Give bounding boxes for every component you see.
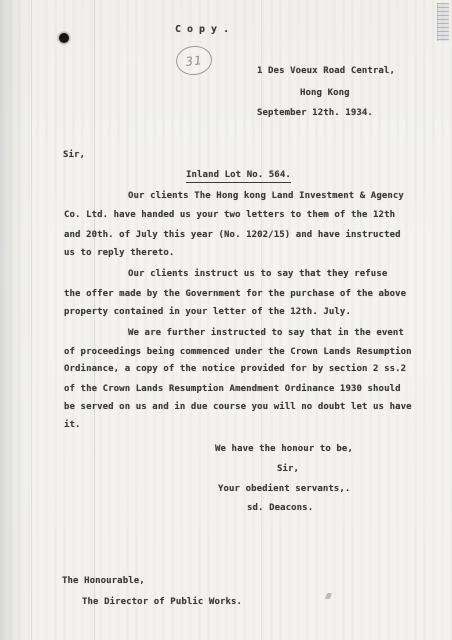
scan-streak xyxy=(94,0,95,640)
body-line: us to reply thereto. xyxy=(64,247,174,259)
body-line: of proceedings being commenced under the… xyxy=(64,346,412,358)
closing-line: Sir, xyxy=(277,463,299,475)
sender-address-line: 1 Des Voeux Road Central, xyxy=(257,65,395,77)
body-line: and 20th. of July this year (No. 1202/15… xyxy=(64,229,401,241)
body-line: Ordinance, a copy of the notice provided… xyxy=(64,363,406,375)
signature-line: sd. Deacons. xyxy=(247,502,313,514)
body-line: of the Crown Lands Resumption Amendment … xyxy=(64,383,401,395)
salutation: Sir, xyxy=(63,149,85,161)
scan-streak xyxy=(31,0,32,640)
body-line: Co. Ltd. have handed us your two letters… xyxy=(64,209,395,221)
scanned-letter-page: Copy. 31 1 Des Voeux Road Central, Hong … xyxy=(0,0,452,640)
sender-address-line: Hong Kong xyxy=(300,87,350,99)
annotation-number: 31 xyxy=(185,53,204,69)
body-line: the offer made by the Government for the… xyxy=(64,288,406,300)
closing-line: Your obedient servants,. xyxy=(218,483,350,495)
punch-hole-mark xyxy=(59,33,69,43)
body-line: it. xyxy=(64,419,81,431)
scan-streak xyxy=(261,0,262,640)
closing-line: We have the honour to be, xyxy=(215,443,353,455)
body-line: We are further instructed to say that in… xyxy=(128,327,404,339)
page-number-annotation: 31 xyxy=(175,44,214,77)
smudge-mark xyxy=(325,593,332,599)
date-line: September 12th. 1934. xyxy=(257,107,373,119)
body-line: Our clients instruct us to say that they… xyxy=(128,268,387,280)
recipient-line: The Honourable, xyxy=(62,575,145,587)
copy-label: Copy. xyxy=(175,24,235,36)
body-line: be served on us and in due course you wi… xyxy=(64,401,412,413)
recipient-line: The Director of Public Works. xyxy=(82,596,242,608)
body-line: Our clients The Hong kong Land Investmen… xyxy=(128,190,404,202)
body-line: property contained in your letter of the… xyxy=(64,306,351,318)
edge-stamp xyxy=(437,3,449,41)
subject-heading: Inland Lot No. 564. xyxy=(186,169,291,183)
